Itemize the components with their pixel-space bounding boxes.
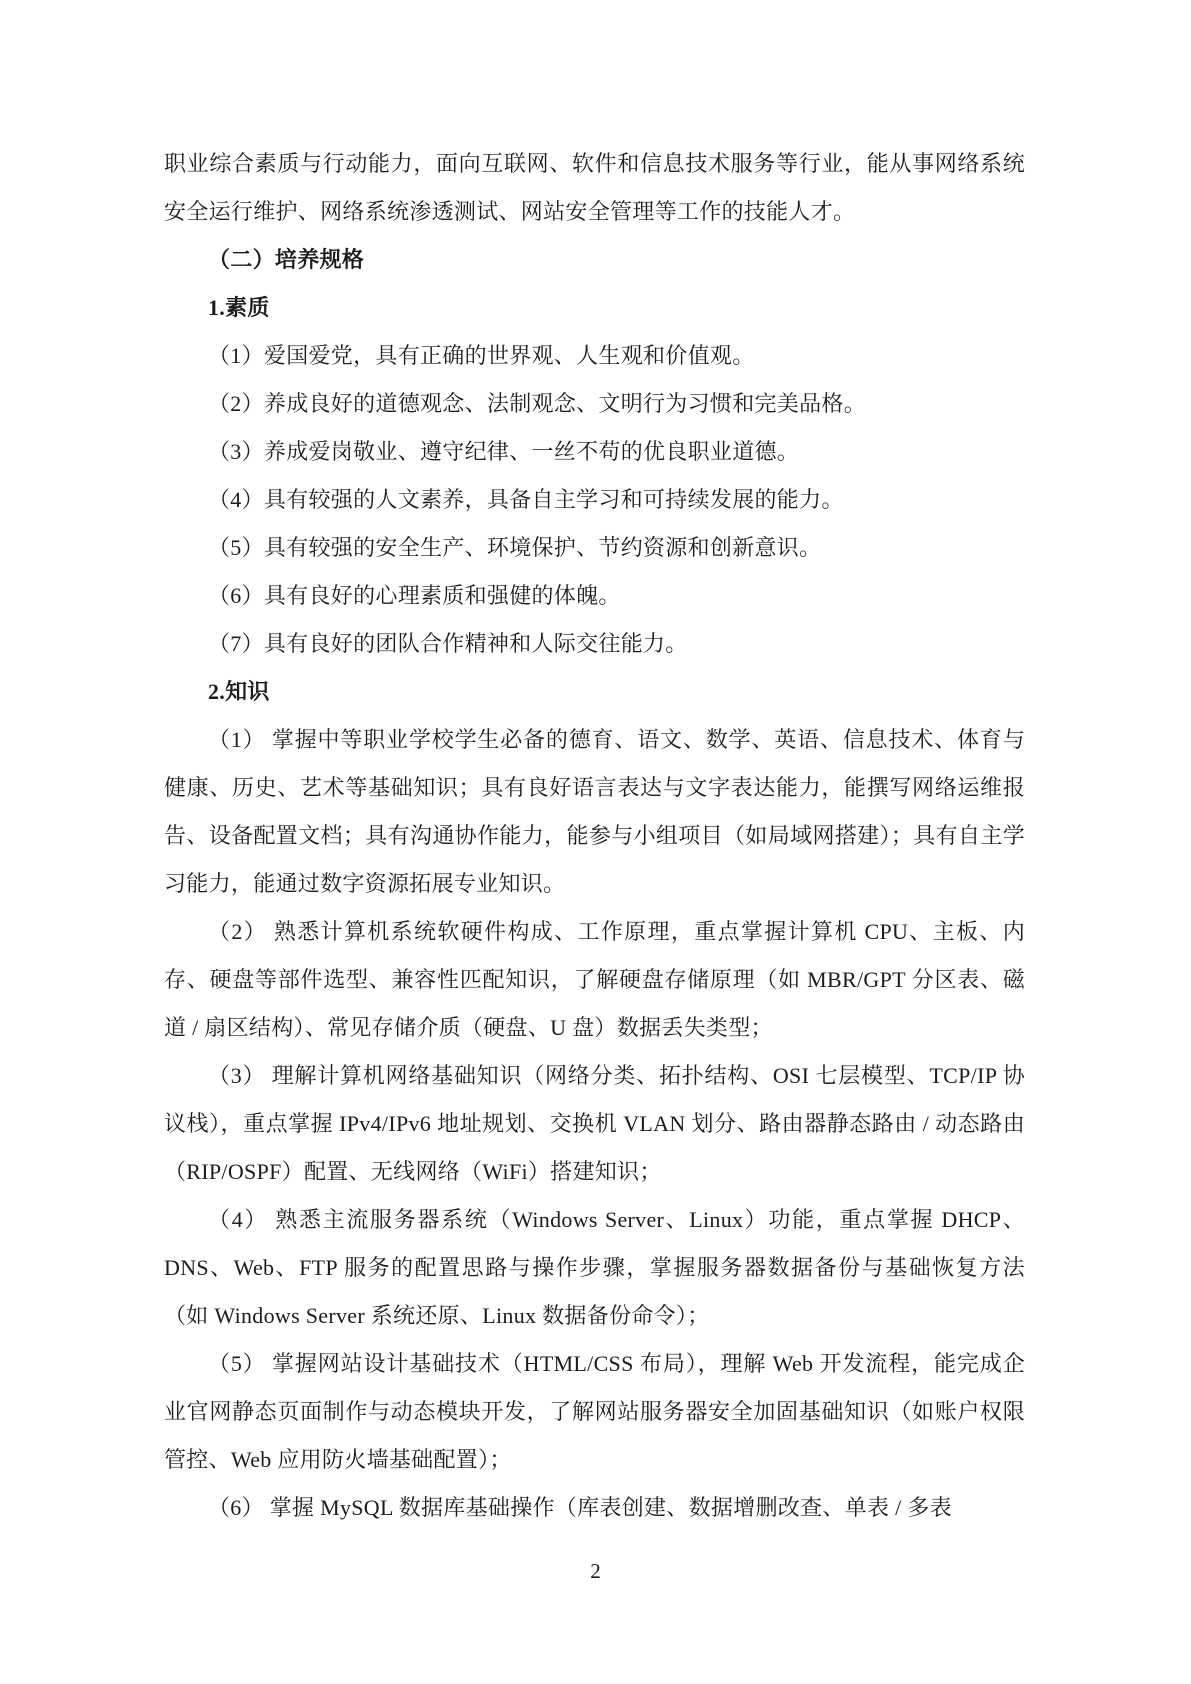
document-page: 职业综合素质与行动能力，面向互联网、软件和信息技术服务等行业，能从事网络系统安全… bbox=[0, 0, 1191, 1684]
zhishi-item-6: （6） 掌握 MySQL 数据库基础操作（库表创建、数据增删改查、单表 / 多表 bbox=[164, 1484, 1025, 1532]
subsection-heading-zhishi: 2.知识 bbox=[164, 668, 1025, 716]
page-content: 职业综合素质与行动能力，面向互联网、软件和信息技术服务等行业，能从事网络系统安全… bbox=[164, 140, 1025, 1532]
suzhi-item-4: （4）具有较强的人文素养，具备自主学习和可持续发展的能力。 bbox=[164, 476, 1025, 524]
suzhi-item-5: （5）具有较强的安全生产、环境保护、节约资源和创新意识。 bbox=[164, 524, 1025, 572]
page-number: 2 bbox=[0, 1556, 1191, 1586]
subsection-heading-suzhi: 1.素质 bbox=[164, 284, 1025, 332]
paragraph-continuation: 职业综合素质与行动能力，面向互联网、软件和信息技术服务等行业，能从事网络系统安全… bbox=[164, 140, 1025, 236]
suzhi-item-7: （7）具有良好的团队合作精神和人际交往能力。 bbox=[164, 620, 1025, 668]
suzhi-item-3: （3）养成爱岗敬业、遵守纪律、一丝不苟的优良职业道德。 bbox=[164, 428, 1025, 476]
zhishi-item-2: （2） 熟悉计算机系统软硬件构成、工作原理，重点掌握计算机 CPU、主板、内存、… bbox=[164, 908, 1025, 1052]
zhishi-item-3: （3） 理解计算机网络基础知识（网络分类、拓扑结构、OSI 七层模型、TCP/I… bbox=[164, 1052, 1025, 1196]
suzhi-item-1: （1）爱国爱党，具有正确的世界观、人生观和价值观。 bbox=[164, 332, 1025, 380]
suzhi-item-2: （2）养成良好的道德观念、法制观念、文明行为习惯和完美品格。 bbox=[164, 380, 1025, 428]
zhishi-item-5: （5） 掌握网站设计基础技术（HTML/CSS 布局），理解 Web 开发流程，… bbox=[164, 1340, 1025, 1484]
suzhi-item-6: （6）具有良好的心理素质和强健的体魄。 bbox=[164, 572, 1025, 620]
zhishi-item-4: （4） 熟悉主流服务器系统（Windows Server、Linux）功能，重点… bbox=[164, 1196, 1025, 1340]
zhishi-item-1: （1） 掌握中等职业学校学生必备的德育、语文、数学、英语、信息技术、体育与健康、… bbox=[164, 716, 1025, 908]
section-heading-peiyang-guige: （二）培养规格 bbox=[164, 236, 1025, 284]
